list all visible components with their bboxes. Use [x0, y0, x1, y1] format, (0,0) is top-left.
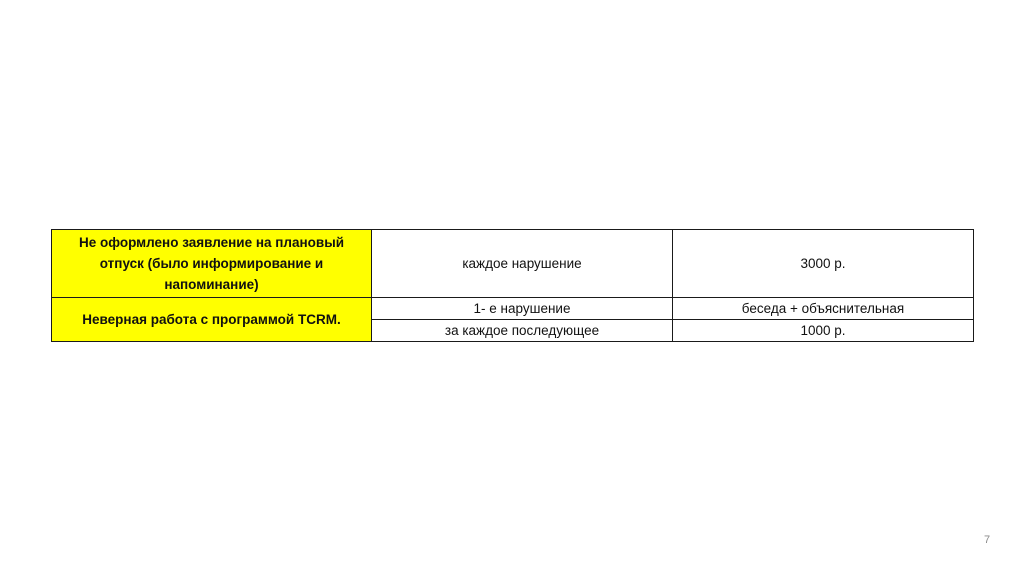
violation-cell: Неверная работа с программой TCRM. — [52, 298, 372, 342]
penalty-cell: 3000 р. — [673, 230, 974, 298]
penalty-cell: 1000 р. — [673, 320, 974, 342]
penalty-cell: беседа + объяснительная — [673, 298, 974, 320]
table-row: Неверная работа с программой TCRM. 1- е … — [52, 298, 974, 320]
table-row: Не оформлено заявление на плановый отпус… — [52, 230, 974, 298]
penalty-table: Не оформлено заявление на плановый отпус… — [51, 229, 974, 342]
condition-cell: за каждое последующее — [372, 320, 673, 342]
slide: Не оформлено заявление на плановый отпус… — [0, 0, 1024, 574]
condition-cell: 1- е нарушение — [372, 298, 673, 320]
page-number: 7 — [984, 534, 990, 546]
condition-cell: каждое нарушение — [372, 230, 673, 298]
violation-cell: Не оформлено заявление на плановый отпус… — [52, 230, 372, 298]
